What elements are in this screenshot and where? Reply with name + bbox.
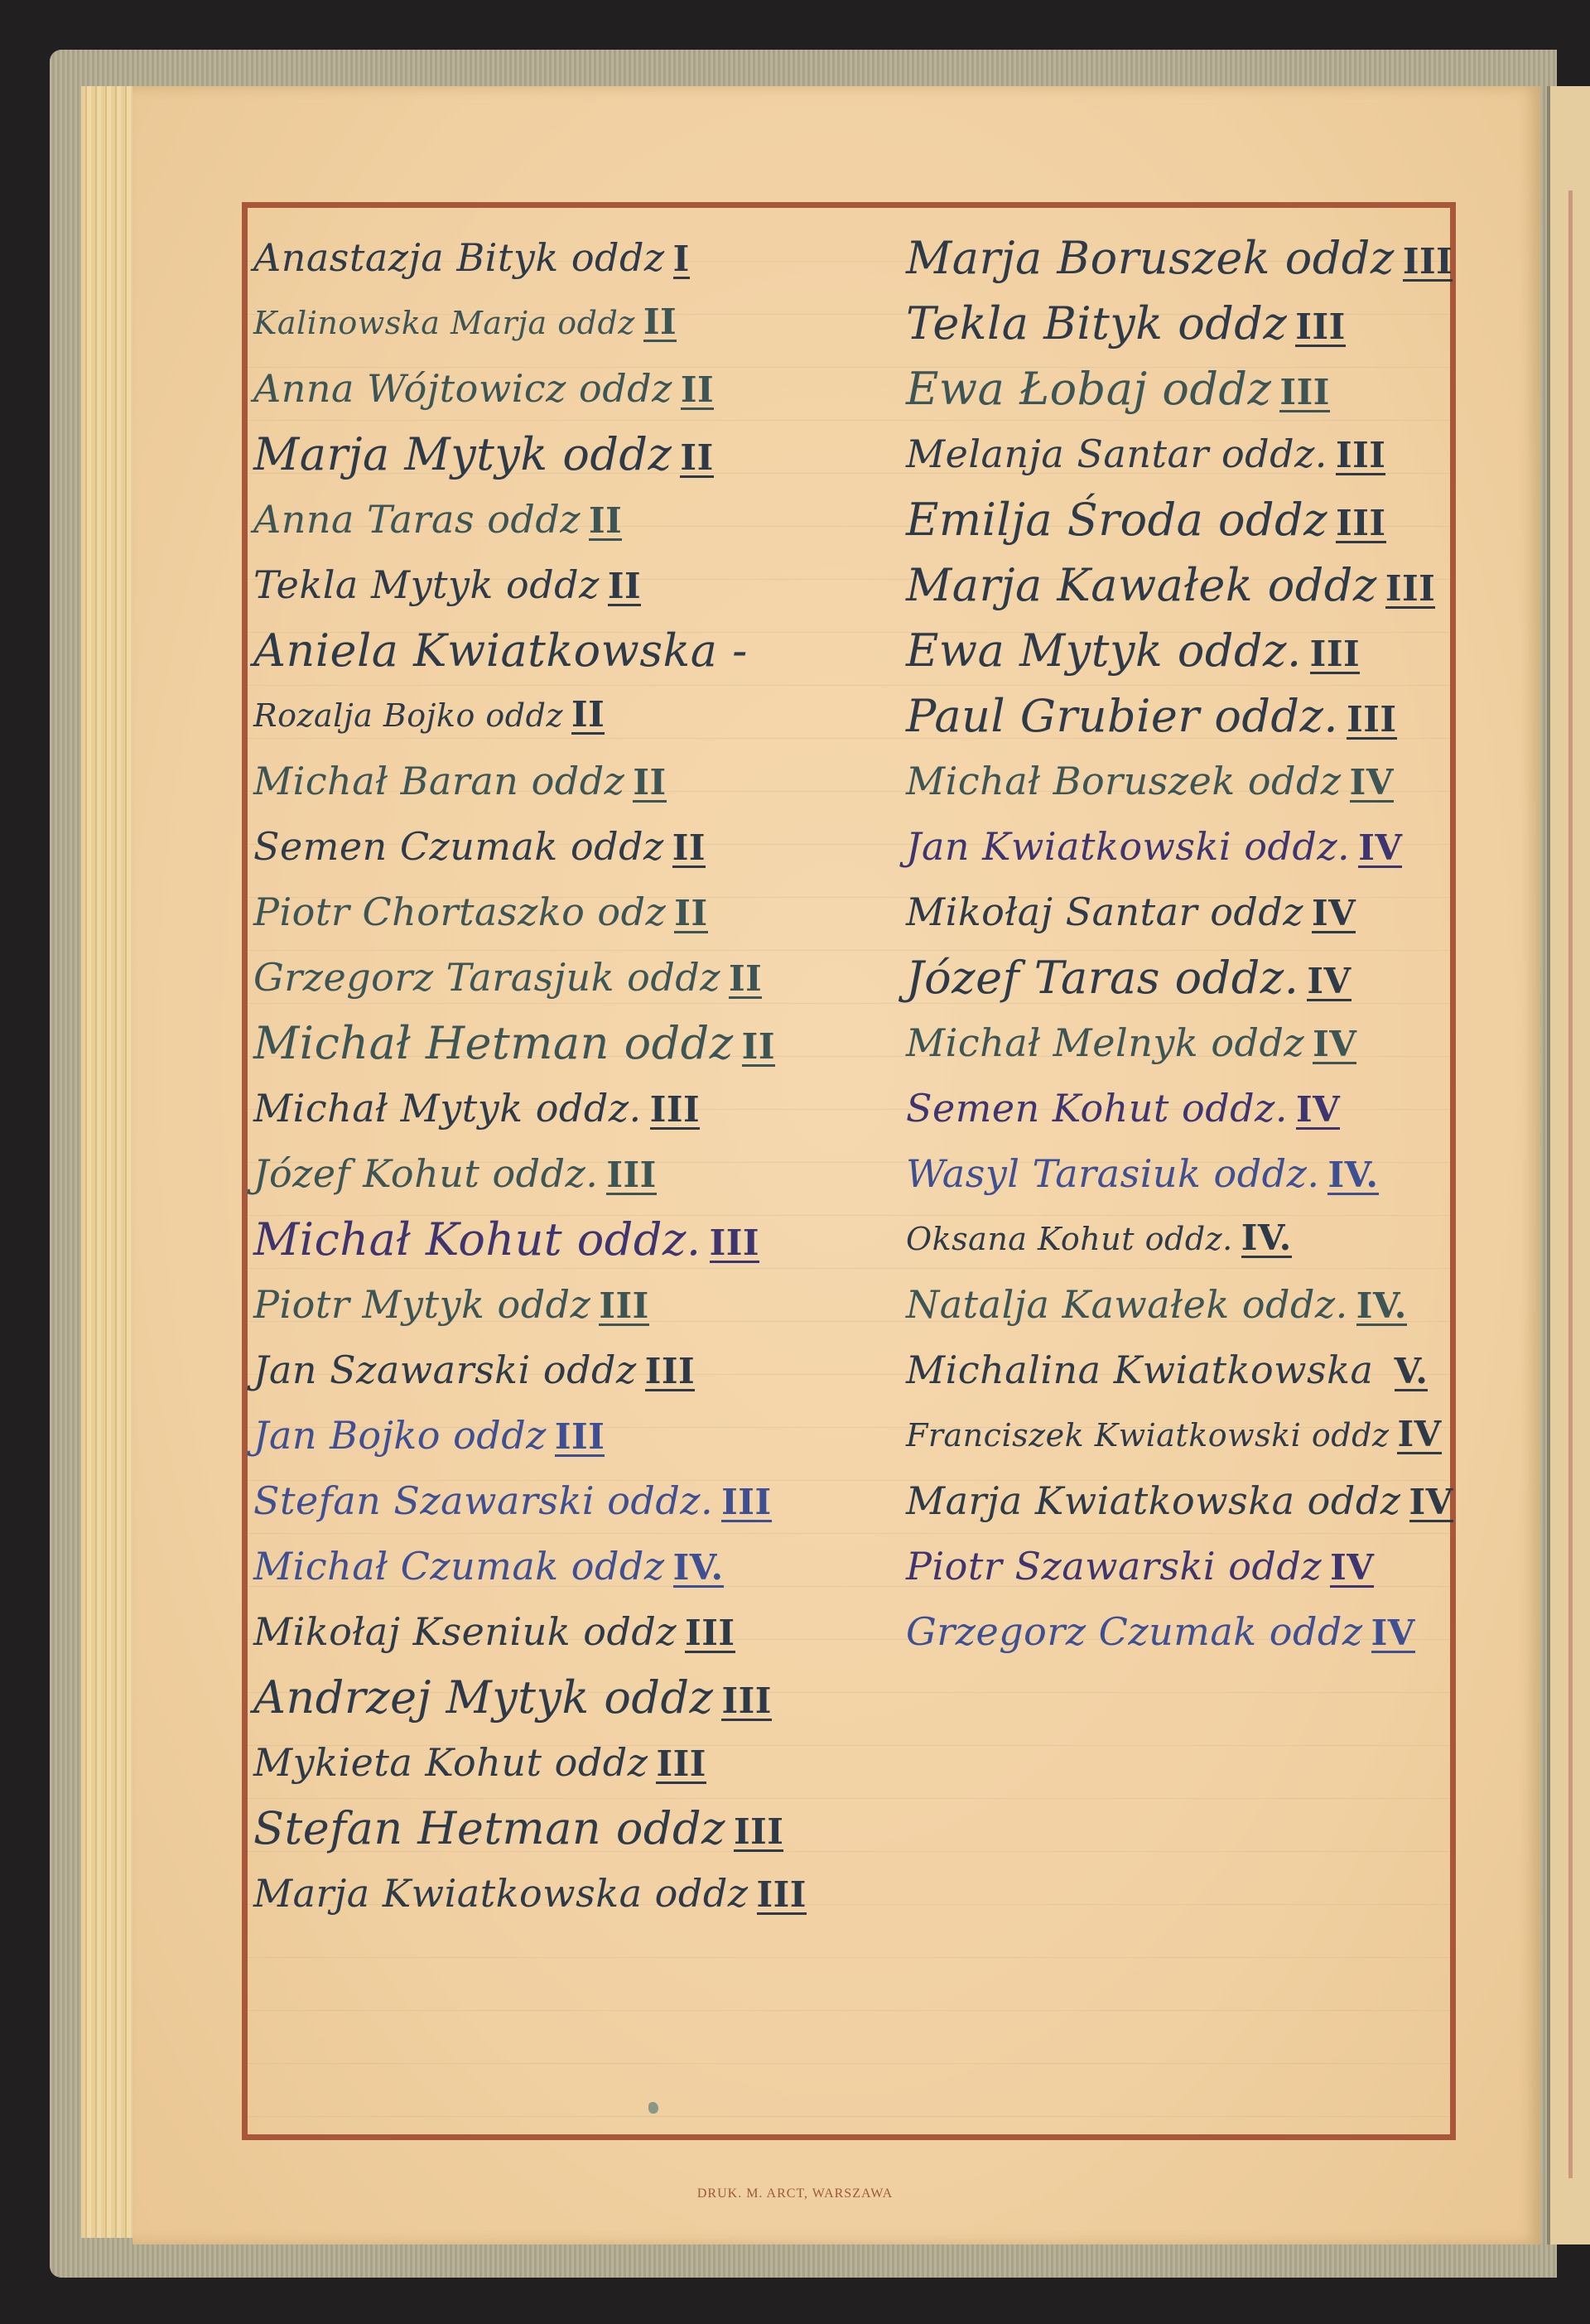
class-label: oddz bbox=[583, 1609, 677, 1654]
class-label: oddz bbox=[557, 305, 635, 341]
register-entry: Michał Kohut oddz.III bbox=[253, 1207, 924, 1272]
class-label: oddz. bbox=[492, 1151, 598, 1196]
class-number: III bbox=[710, 1226, 759, 1263]
class-number: IV. bbox=[1241, 1221, 1292, 1258]
register-entry: Stefan Szawarski oddz.III bbox=[253, 1468, 924, 1534]
class-number: IV bbox=[1296, 1092, 1340, 1130]
class-number: III bbox=[650, 1092, 700, 1130]
class-label: oddz bbox=[562, 428, 672, 480]
next-page-frame-edge bbox=[1568, 190, 1590, 2178]
left-name-column: Anastazja Bityk oddzI Kalinowska Marja o… bbox=[253, 225, 924, 1926]
class-label: oddz bbox=[571, 235, 665, 280]
class-label: oddz. bbox=[1182, 1086, 1288, 1131]
register-entry: Kalinowska Marja oddzII bbox=[253, 291, 924, 356]
register-entry: Józef Taras oddz.IV bbox=[906, 945, 1459, 1010]
student-name: Michał Melnyk bbox=[906, 1020, 1198, 1065]
register-entry: Melanja Santar oddz.III bbox=[906, 422, 1459, 487]
class-number: III bbox=[606, 1158, 656, 1195]
class-number: II bbox=[729, 962, 762, 999]
register-entry: Jan Bojko oddzIII bbox=[253, 1403, 924, 1468]
class-number: II bbox=[633, 765, 666, 803]
student-name: Michał Mytyk bbox=[253, 1086, 523, 1131]
class-label: oddz. bbox=[1175, 952, 1299, 1004]
class-number: IV bbox=[1313, 1027, 1356, 1064]
class-number: IV. bbox=[673, 1550, 724, 1588]
student-name: Marja Boruszek bbox=[906, 232, 1270, 284]
student-name: Emilja Środa bbox=[906, 494, 1203, 546]
student-name: Anastazja Bityk bbox=[253, 235, 559, 280]
student-name: Grzegorz Tarasjuk bbox=[253, 955, 614, 1000]
class-label: oddz. bbox=[536, 1086, 642, 1131]
class-label: oddz. bbox=[1214, 1151, 1320, 1196]
class-label: oddz bbox=[579, 366, 672, 411]
register-entry: Natalja Kawałek oddz.IV. bbox=[906, 1272, 1459, 1338]
register-entry: Michał Melnyk oddzIV bbox=[906, 1010, 1459, 1076]
register-entry: Marja Kwiatkowska oddzIII bbox=[253, 1861, 924, 1926]
register-entry: Mikołaj Kseniuk oddzIII bbox=[253, 1599, 924, 1665]
student-name: Natalja Kawałek bbox=[906, 1282, 1230, 1327]
register-entry: Ewa Mytyk oddz.III bbox=[906, 618, 1459, 683]
register-entry: Anna Wójtowicz oddzII bbox=[253, 356, 924, 422]
register-entry: Anastazja Bityk oddzI bbox=[253, 225, 924, 291]
register-entry: Michał Hetman oddzII bbox=[253, 1010, 924, 1076]
register-entry: Piotr Chortaszko odzII bbox=[253, 880, 924, 945]
class-number: II bbox=[672, 831, 706, 868]
register-entry: Marja Mytyk oddzII bbox=[253, 422, 924, 487]
class-number: III bbox=[734, 1815, 783, 1852]
class-number: II bbox=[589, 504, 622, 541]
student-name: Oksana Kohut bbox=[906, 1221, 1135, 1257]
class-number: IV bbox=[1350, 765, 1394, 803]
class-label: odz bbox=[597, 890, 666, 934]
student-name: Marja Mytyk bbox=[253, 428, 548, 480]
student-name: Kalinowska Marja bbox=[253, 305, 547, 341]
class-label: oddz bbox=[627, 955, 720, 1000]
register-entry: Grzegorz Tarasjuk oddzII bbox=[253, 945, 924, 1010]
student-name: Piotr Szawarski bbox=[906, 1544, 1216, 1589]
class-label: oddz. bbox=[1178, 624, 1302, 677]
student-name: Jan Bojko bbox=[253, 1413, 441, 1458]
class-number: I bbox=[673, 242, 690, 279]
class-label: oddz bbox=[506, 562, 600, 607]
student-name: Ewa Łobaj bbox=[906, 363, 1148, 415]
student-name: Jan Szawarski bbox=[253, 1348, 531, 1392]
student-name: Marja Kwiatkowska bbox=[253, 1871, 643, 1916]
student-name: Stefan Hetman bbox=[253, 1802, 601, 1854]
class-number: III bbox=[757, 1878, 807, 1915]
student-name: Anna Wójtowicz bbox=[253, 366, 566, 411]
register-entry: Emilja Środa oddzIII bbox=[906, 487, 1459, 552]
register-entry: Oksana Kohut oddz.IV. bbox=[906, 1207, 1459, 1272]
register-entry: Semen Czumak oddzII bbox=[253, 814, 924, 880]
student-name: Michał Hetman bbox=[253, 1017, 609, 1069]
class-label: - bbox=[732, 624, 748, 677]
class-label: oddz bbox=[1312, 1417, 1390, 1454]
register-entry: Marja Kwiatkowska oddzIV bbox=[906, 1468, 1459, 1534]
class-number: IV bbox=[1409, 1485, 1453, 1522]
student-name: Aniela Kwiatkowska bbox=[253, 624, 717, 677]
class-label: oddz bbox=[571, 1544, 665, 1589]
class-number: II bbox=[680, 441, 713, 478]
class-number: IV bbox=[1312, 896, 1356, 933]
class-label: oddz. bbox=[1244, 824, 1350, 869]
student-name: Michał Kohut bbox=[253, 1213, 562, 1266]
class-number: III bbox=[1279, 375, 1329, 412]
student-name: Stefan Szawarski bbox=[253, 1478, 595, 1523]
student-name: Andrzej Mytyk bbox=[253, 1671, 590, 1724]
student-name: Tekla Bityk bbox=[906, 297, 1164, 350]
register-entry: Grzegorz Czumak oddzIV bbox=[906, 1599, 1459, 1665]
class-number: III bbox=[1403, 244, 1453, 282]
printer-imprint: DRUK. M. ARCT, WARSZAWA bbox=[0, 2187, 1590, 2201]
class-label: oddz bbox=[487, 497, 581, 542]
student-name: Melanja Santar bbox=[906, 432, 1209, 476]
student-name: Mikołaj Kseniuk bbox=[253, 1609, 571, 1654]
class-label: oddz bbox=[624, 1017, 734, 1069]
class-number: II bbox=[643, 305, 677, 342]
class-number: III bbox=[599, 1289, 648, 1326]
class-number: II bbox=[681, 373, 714, 410]
class-label: oddz bbox=[1178, 297, 1287, 350]
class-label: oddz. bbox=[607, 1478, 713, 1523]
class-label: oddz bbox=[498, 1282, 591, 1327]
class-label: oddz bbox=[1210, 890, 1303, 934]
class-label: oddz bbox=[1268, 559, 1377, 611]
student-name: Piotr Mytyk bbox=[253, 1282, 484, 1327]
student-name: Semen Kohut bbox=[906, 1086, 1169, 1131]
student-name: Grzegorz Czumak bbox=[906, 1609, 1257, 1654]
register-entry: Semen Kohut oddz.IV bbox=[906, 1076, 1459, 1141]
register-entry: Rozalja Bojko oddzII bbox=[253, 683, 924, 749]
class-label: oddz bbox=[1162, 363, 1271, 415]
class-number: III bbox=[1347, 702, 1396, 740]
register-entry: Paul Grubier oddz.III bbox=[906, 683, 1459, 749]
register-entry: Michał Czumak oddzIV. bbox=[253, 1534, 924, 1599]
class-label: oddz bbox=[1270, 1609, 1363, 1654]
register-entry: Marja Boruszek oddzIII bbox=[906, 225, 1459, 291]
student-name: Anna Taras bbox=[253, 497, 475, 542]
student-name: Tekla Mytyk bbox=[253, 562, 494, 607]
register-entry: Andrzej Mytyk oddzIII bbox=[253, 1665, 924, 1730]
register-entry: Wasyl Tarasiuk oddz.IV. bbox=[906, 1141, 1459, 1207]
class-label: oddz bbox=[1285, 232, 1395, 284]
class-number: II bbox=[674, 896, 707, 933]
register-entry: Tekla Bityk oddzIII bbox=[906, 291, 1459, 356]
student-name: Michał Baran bbox=[253, 759, 518, 803]
class-label: oddz. bbox=[1221, 432, 1327, 476]
student-name: Michał Czumak bbox=[253, 1544, 559, 1589]
register-entry: Jan Szawarski oddzIII bbox=[253, 1338, 924, 1403]
register-entry: Michał Mytyk oddz.III bbox=[253, 1076, 924, 1141]
register-entry: Piotr Mytyk oddzIII bbox=[253, 1272, 924, 1338]
right-name-column: Marja Boruszek oddzIII Tekla Bityk oddzI… bbox=[906, 225, 1459, 1665]
class-label: oddz bbox=[453, 1413, 547, 1458]
register-entry: Franciszek Kwiatkowski oddzIV bbox=[906, 1403, 1459, 1468]
class-number: III bbox=[645, 1354, 695, 1391]
register-entry: Jan Kwiatkowski oddz.IV bbox=[906, 814, 1459, 880]
register-entry: Anna Taras oddzII bbox=[253, 487, 924, 552]
student-name: Jan Kwiatkowski bbox=[906, 824, 1231, 869]
class-number: III bbox=[721, 1485, 771, 1522]
class-number: IV bbox=[1307, 964, 1351, 1001]
class-number: IV bbox=[1358, 831, 1402, 868]
student-name: Paul Grubier bbox=[906, 690, 1200, 742]
class-number: IV. bbox=[1356, 1289, 1407, 1326]
register-entry: Michał Boruszek oddzIV bbox=[906, 749, 1459, 814]
class-number: III bbox=[1385, 571, 1435, 609]
class-label: oddz bbox=[485, 697, 563, 734]
student-name: Marja Kwiatkowska bbox=[906, 1478, 1295, 1523]
register-entry: Mykieta Kohut oddzIII bbox=[253, 1730, 924, 1796]
class-label: oddz bbox=[571, 824, 664, 869]
class-label: oddz bbox=[1248, 759, 1342, 803]
class-label: oddz. bbox=[1145, 1221, 1233, 1257]
class-number: IV bbox=[1371, 1616, 1415, 1653]
class-label: oddz bbox=[532, 759, 625, 803]
student-name: Mikołaj Santar bbox=[906, 890, 1197, 934]
student-name: Marja Kawałek bbox=[906, 559, 1253, 611]
class-label: oddz bbox=[1308, 1478, 1401, 1523]
class-label: oddz bbox=[604, 1671, 713, 1724]
class-number: III bbox=[656, 1747, 706, 1784]
class-label: oddz bbox=[555, 1740, 648, 1785]
class-label: oddz. bbox=[1242, 1282, 1348, 1327]
register-entry: Piotr Szawarski oddzIV bbox=[906, 1534, 1459, 1599]
register-entry: Józef Kohut oddz.III bbox=[253, 1141, 924, 1207]
class-number: III bbox=[1336, 506, 1385, 543]
class-label: oddz. bbox=[577, 1213, 701, 1266]
class-label: oddz bbox=[1228, 1544, 1322, 1589]
student-name: Józef Kohut bbox=[253, 1151, 479, 1196]
class-number: IV bbox=[1397, 1417, 1441, 1454]
class-number: III bbox=[555, 1420, 605, 1457]
student-name: Ewa Mytyk bbox=[906, 624, 1163, 677]
register-entry: Stefan Hetman oddzIII bbox=[253, 1796, 924, 1861]
student-name: Semen Czumak bbox=[253, 824, 558, 869]
class-label: oddz bbox=[655, 1871, 749, 1916]
class-number: IV. bbox=[1327, 1158, 1378, 1195]
student-name: Michalina Kwiatkowska bbox=[906, 1348, 1373, 1392]
class-number: II bbox=[742, 1029, 775, 1067]
register-entry: Michalina Kwiatkowska V. bbox=[906, 1338, 1459, 1403]
class-number: IV bbox=[1330, 1550, 1374, 1588]
class-number: II bbox=[571, 697, 605, 735]
class-label: oddz. bbox=[1214, 690, 1338, 742]
class-number: III bbox=[1310, 637, 1360, 674]
student-name: Rozalja Bojko bbox=[253, 697, 475, 734]
ink-blot bbox=[648, 2102, 658, 2114]
register-entry: Tekla Mytyk oddzII bbox=[253, 552, 924, 618]
register-entry: Michał Baran oddzII bbox=[253, 749, 924, 814]
page-edges bbox=[81, 86, 136, 2238]
student-name: Mykieta Kohut bbox=[253, 1740, 542, 1785]
class-number: II bbox=[608, 569, 641, 606]
class-label: oddz bbox=[616, 1802, 725, 1854]
register-entry: Marja Kawałek oddzIII bbox=[906, 552, 1459, 618]
class-number: III bbox=[1336, 438, 1385, 475]
class-number: V. bbox=[1395, 1354, 1429, 1391]
class-number: III bbox=[685, 1616, 735, 1653]
class-number: III bbox=[721, 1684, 771, 1721]
student-name: Piotr Chortaszko bbox=[253, 890, 585, 934]
class-label: oddz bbox=[1218, 494, 1327, 546]
register-entry: Ewa Łobaj oddzIII bbox=[906, 356, 1459, 422]
register-entry: Aniela Kwiatkowska - bbox=[253, 618, 924, 683]
class-label: oddz bbox=[1211, 1020, 1304, 1065]
register-entry: Mikołaj Santar oddzIV bbox=[906, 880, 1459, 945]
class-number: III bbox=[1295, 310, 1345, 347]
student-name: Michał Boruszek bbox=[906, 759, 1236, 803]
student-name: Wasyl Tarasiuk bbox=[906, 1151, 1201, 1196]
class-label: oddz bbox=[543, 1348, 637, 1392]
student-name: Franciszek Kwiatkowski bbox=[906, 1417, 1301, 1454]
student-name: Józef Taras bbox=[906, 952, 1160, 1004]
